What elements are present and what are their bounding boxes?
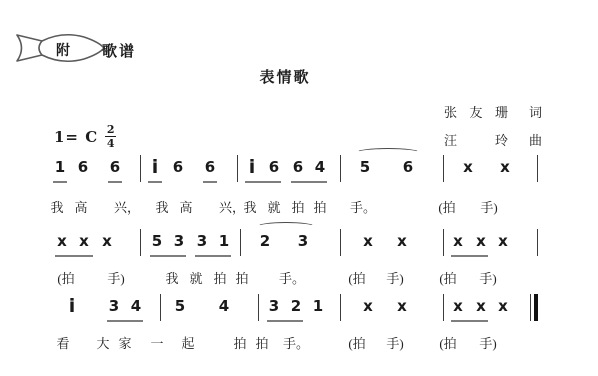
note-glyph: x (397, 297, 407, 315)
note-glyph: i (69, 297, 76, 315)
bar-line (537, 229, 538, 256)
lyric-syllable: 家 (118, 333, 131, 352)
note-underline (148, 181, 162, 183)
lyric-syllable: (拍 (348, 268, 365, 287)
bar-line (237, 155, 238, 182)
lyric-syllable: 一 (150, 333, 163, 352)
note-glyph: x (453, 297, 463, 315)
note-glyph: 1 (55, 158, 65, 176)
note-glyph: i (249, 158, 256, 176)
note-glyph: 6 (173, 158, 183, 176)
lyric-syllable: 起 (181, 333, 194, 352)
note-glyph: 1 (219, 232, 229, 250)
lyric-syllable: (拍 (439, 333, 456, 352)
note-glyph: 5 (152, 232, 162, 250)
note-underline (108, 181, 122, 183)
bar-line (258, 294, 259, 321)
sheet-music-page: 附 歌谱 表情歌 张友珊 词 汪玲 曲 1= C 2 4 166i66i6645… (0, 0, 598, 376)
lyric-syllable: 拍 (313, 197, 326, 216)
lyric-syllable: 手) (480, 197, 497, 216)
bar-line (340, 155, 341, 182)
note-underline (195, 255, 231, 257)
note-glyph: 6 (293, 158, 303, 176)
lyric-syllable: 高 (74, 197, 87, 216)
note-glyph: x (79, 232, 89, 250)
lyric-syllable: 拍 (233, 333, 246, 352)
bar-line (140, 229, 141, 256)
lyric-syllable: 我 (50, 197, 63, 216)
note-glyph: 5 (360, 158, 370, 176)
note-underline (451, 320, 488, 322)
lyric-syllable: 手) (386, 268, 403, 287)
note-glyph: 5 (175, 297, 185, 315)
note-underline (267, 320, 303, 322)
note-glyph: x (476, 232, 486, 250)
lyric-syllable: 我 (243, 197, 256, 216)
bar-line (340, 229, 341, 256)
bar-line (443, 294, 444, 321)
note-glyph: 2 (291, 297, 301, 315)
note-glyph: x (498, 297, 508, 315)
slur-arc (356, 148, 420, 157)
note-glyph: x (57, 232, 67, 250)
lyric-syllable: 手) (479, 333, 496, 352)
note-underline (55, 255, 93, 257)
final-bar-thin (530, 294, 531, 321)
lyric-syllable: 就 (189, 268, 202, 287)
lyric-syllable: 就 (267, 197, 280, 216)
lyric-syllable: 我 (165, 268, 178, 287)
bar-line (240, 229, 241, 256)
lyric-syllable: 我 (155, 197, 168, 216)
final-bar-thick (534, 294, 538, 321)
note-glyph: 4 (315, 158, 325, 176)
lyric-syllable: 手。 (279, 268, 305, 287)
lyric-syllable: 拍 (255, 333, 268, 352)
bar-line (537, 155, 538, 182)
lyric-syllable: 高 (179, 197, 192, 216)
lyric-syllable: (拍 (348, 333, 365, 352)
lyric-syllable: 手。 (350, 197, 376, 216)
note-glyph: x (500, 158, 510, 176)
note-glyph: 2 (260, 232, 270, 250)
bar-line (443, 229, 444, 256)
note-underline (150, 255, 186, 257)
note-glyph: 6 (403, 158, 413, 176)
note-glyph: 6 (110, 158, 120, 176)
note-glyph: 3 (269, 297, 279, 315)
note-glyph: 3 (109, 297, 119, 315)
lyric-syllable: 兴， (219, 197, 245, 216)
note-glyph: 6 (78, 158, 88, 176)
note-glyph: x (363, 232, 373, 250)
note-glyph: i (152, 158, 159, 176)
lyric-syllable: 大 (96, 333, 109, 352)
bar-line (340, 294, 341, 321)
lyric-syllable: (拍 (439, 268, 456, 287)
lyric-syllable: 兴， (114, 197, 140, 216)
lyric-syllable: 看 (56, 333, 69, 352)
bar-line (443, 155, 444, 182)
note-glyph: 3 (174, 232, 184, 250)
lyric-syllable: 手) (386, 333, 403, 352)
lyric-syllable: 手) (479, 268, 496, 287)
note-glyph: x (102, 232, 112, 250)
note-glyph: 4 (219, 297, 229, 315)
note-glyph: x (397, 232, 407, 250)
note-underline (107, 320, 143, 322)
lyric-syllable: 拍 (291, 197, 304, 216)
note-glyph: x (363, 297, 373, 315)
lyric-syllable: 手) (107, 268, 124, 287)
bar-line (140, 155, 141, 182)
note-underline (291, 181, 327, 183)
note-glyph: x (453, 232, 463, 250)
note-underline (53, 181, 67, 183)
note-glyph: x (463, 158, 473, 176)
note-underline (203, 181, 217, 183)
note-glyph: 3 (197, 232, 207, 250)
lyric-syllable: 拍 (213, 268, 226, 287)
note-glyph: 3 (298, 232, 308, 250)
note-glyph: 1 (313, 297, 323, 315)
slur-arc (257, 222, 315, 231)
lyric-syllable: (拍 (57, 268, 74, 287)
score: 166i66i66456xx我高兴，我高兴，我就拍拍手。(拍手)xxx53312… (0, 0, 598, 376)
note-glyph: x (498, 232, 508, 250)
note-glyph: 4 (131, 297, 141, 315)
note-glyph: x (476, 297, 486, 315)
note-glyph: 6 (269, 158, 279, 176)
lyric-syllable: 拍 (235, 268, 248, 287)
lyric-syllable: 手。 (283, 333, 309, 352)
lyric-syllable: (拍 (438, 197, 455, 216)
note-underline (245, 181, 281, 183)
note-glyph: 6 (205, 158, 215, 176)
bar-line (160, 294, 161, 321)
note-underline (451, 255, 488, 257)
